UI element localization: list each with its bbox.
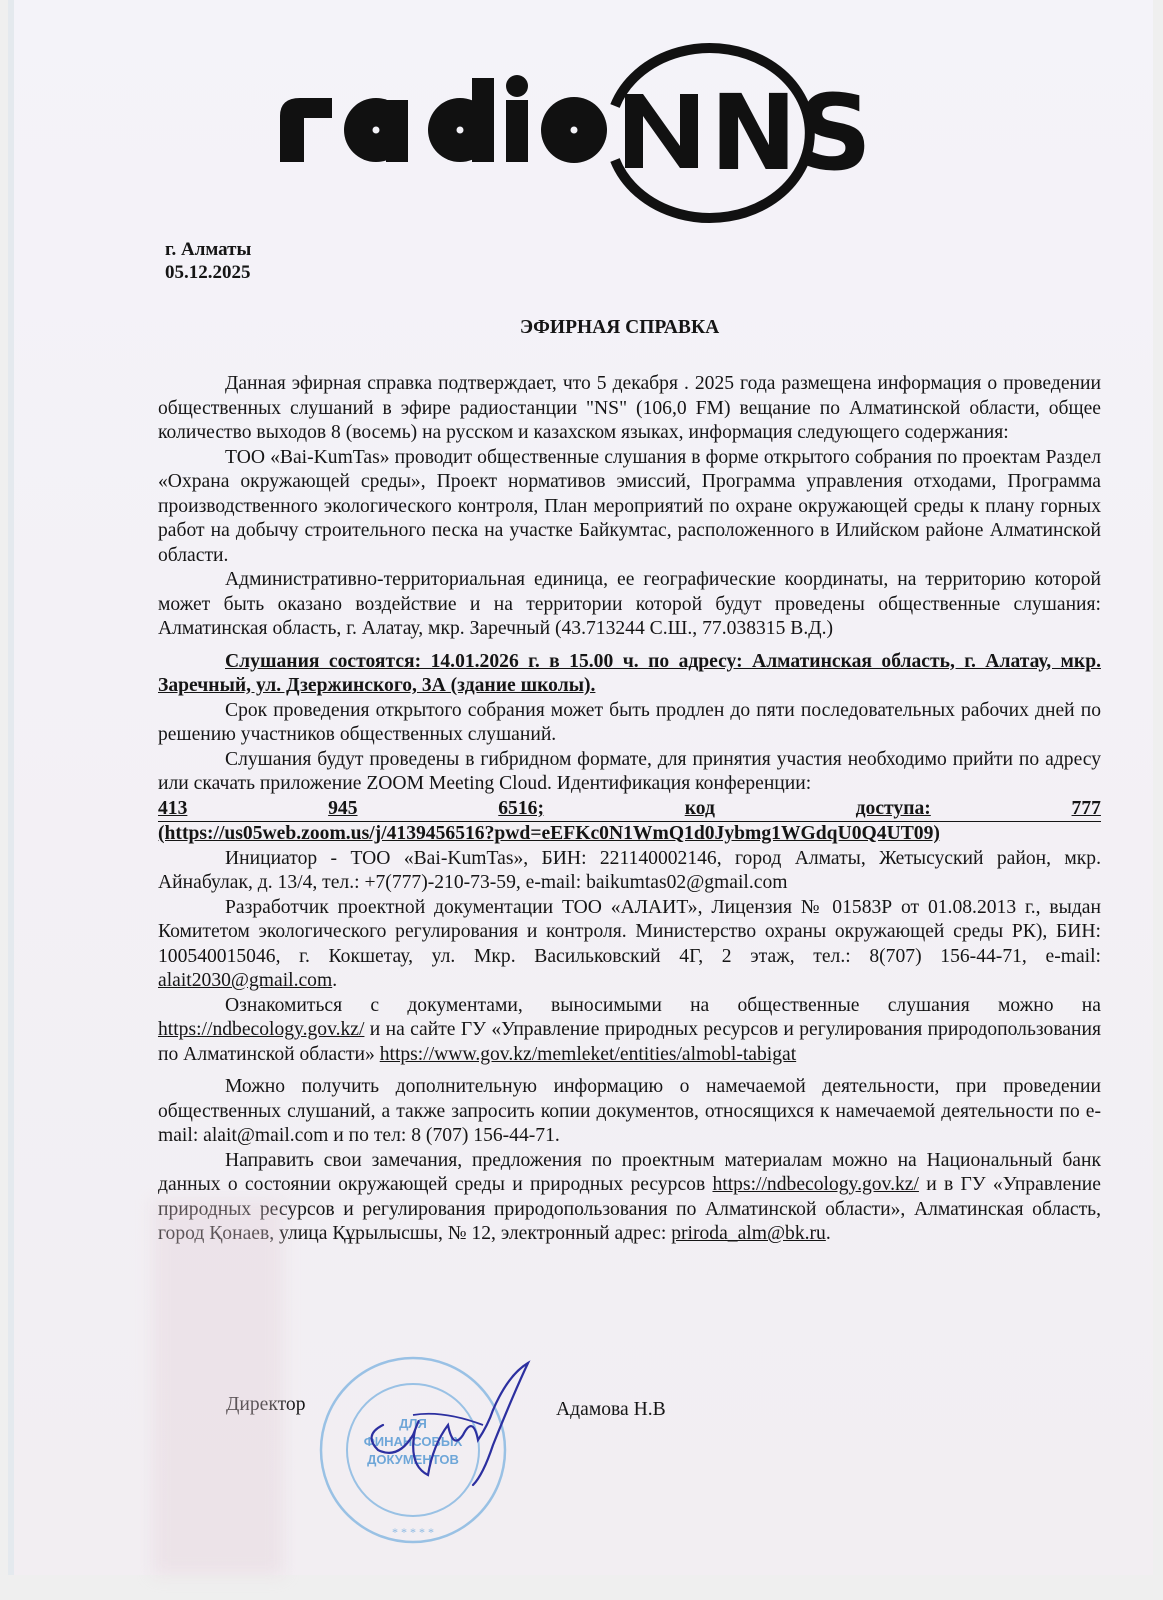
- radio-ns-logo-icon: NS: [270, 38, 890, 228]
- svg-text:NS: NS: [710, 72, 872, 194]
- zoom-id-part: 413: [158, 797, 187, 822]
- gov-kz-link[interactable]: https://www.gov.kz/memleket/entities/alm…: [380, 1044, 796, 1065]
- header-block: г. Алматы 05.12.2025: [165, 238, 251, 284]
- svg-text:* * * * *: * * * * *: [392, 1525, 434, 1539]
- paragraph-broadcast-confirmation: Данная эфирная справка подтверждает, что…: [158, 372, 1101, 446]
- director-name: Адамова Н.В: [556, 1399, 666, 1421]
- paragraph-territory: Административно-территориальная единица,…: [158, 568, 1101, 642]
- paragraph-additional-info: Можно получить дополнительную информацию…: [158, 1075, 1101, 1149]
- document-title: ЭФИРНАЯ СПРАВКА: [8, 316, 1163, 341]
- zoom-code-label: доступа:: [856, 797, 931, 822]
- paragraph-developer: Разработчик проектной документации ТОО «…: [158, 896, 1101, 994]
- priroda-email-link[interactable]: priroda_alm@bk.ru: [671, 1223, 826, 1244]
- zoom-conference-id: 413 945 6516; код доступа: 777: [158, 797, 1101, 823]
- document-page: NS г. Алматы 05.12.2025 ЭФИРНАЯ СПРАВКА …: [8, 0, 1153, 1575]
- developer-text-end: .: [332, 970, 337, 991]
- paragraph-hearing-datetime: Слушания состоятся: 14.01.2026 г. в 15.0…: [158, 650, 1101, 699]
- body-text: Данная эфирная справка подтверждает, что…: [158, 372, 1101, 1247]
- handwritten-signature-icon: [353, 1355, 543, 1495]
- ndbecology-link-2[interactable]: https://ndbecology.gov.kz/: [712, 1174, 918, 1195]
- zoom-code-label: код: [685, 797, 715, 822]
- paragraph-documents: Ознакомиться с документами, выносимыми н…: [158, 994, 1101, 1068]
- comments-text-end: .: [826, 1223, 831, 1244]
- zoom-code-value: 777: [1072, 797, 1101, 822]
- paragraph-hybrid-format: Слушания будут проведены в гибридном фор…: [158, 748, 1101, 797]
- developer-email-link[interactable]: alait2030@gmail.com: [158, 970, 332, 991]
- zoom-id-part: 945: [328, 797, 357, 822]
- paragraph-hearing-subject: ТОО «Bai-KumTas» проводит общественные с…: [158, 446, 1101, 569]
- paragraph-initiator: Инициатор - ТОО «Bai-KumTas», БИН: 22114…: [158, 847, 1101, 896]
- date: 05.12.2025: [165, 261, 251, 284]
- director-title: Директор: [226, 1394, 306, 1416]
- zoom-id-part: 6516;: [498, 797, 544, 822]
- developer-text: Разработчик проектной документации ТОО «…: [158, 897, 1101, 967]
- ndbecology-link[interactable]: https://ndbecology.gov.kz/: [158, 1019, 364, 1040]
- paragraph-comments: Направить свои замечания, предложения по…: [158, 1149, 1101, 1247]
- zoom-link[interactable]: (https://us05web.zoom.us/j/4139456516?pw…: [158, 822, 1101, 847]
- documents-text: Ознакомиться с документами, выносимыми н…: [225, 995, 1101, 1016]
- city: г. Алматы: [165, 238, 251, 261]
- paragraph-duration: Срок проведения открытого собрания может…: [158, 699, 1101, 748]
